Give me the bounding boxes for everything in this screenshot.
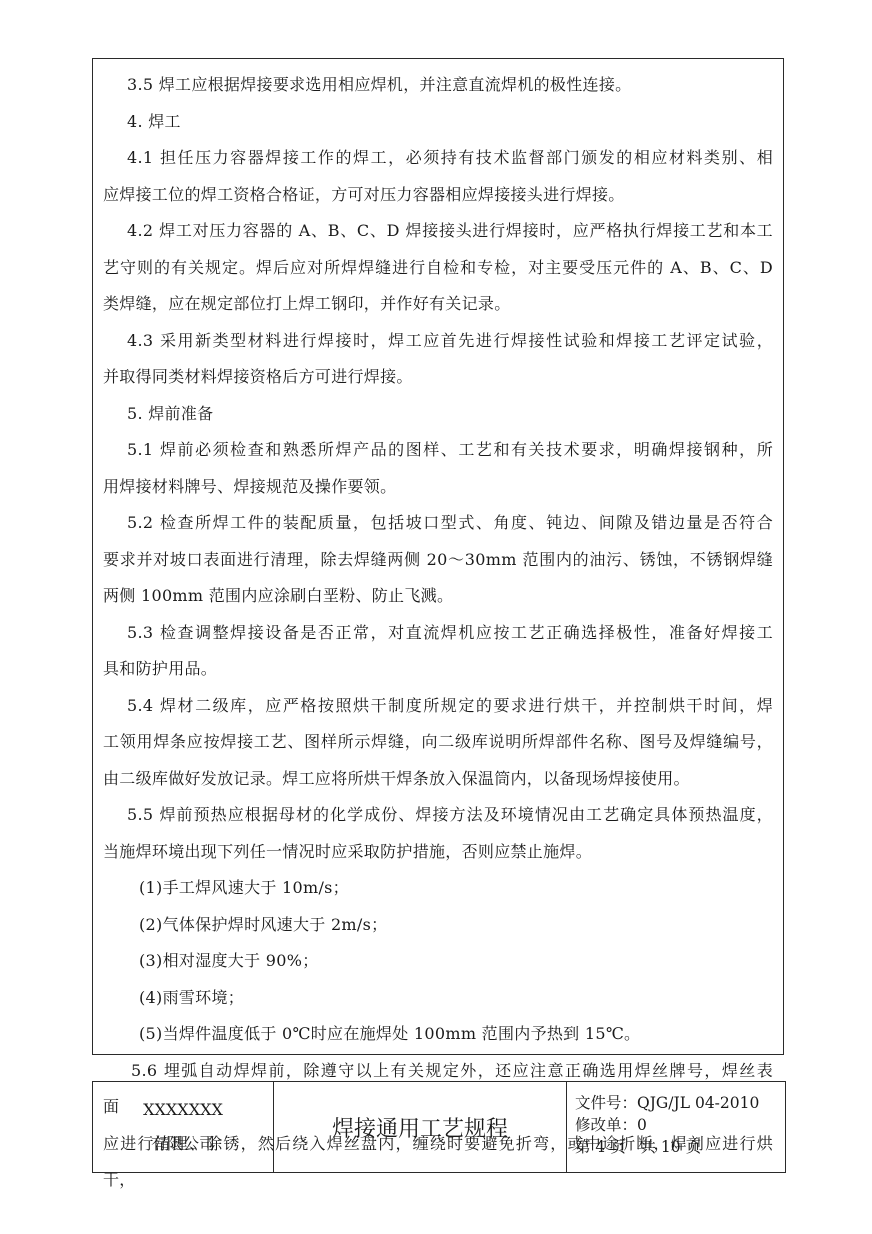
company-name-line1: XXXXXXX xyxy=(143,1100,223,1119)
company-name-line2: 有限公司 xyxy=(151,1131,215,1154)
body-text-line: (5)当焊件温度低于 0℃时应在施焊处 100mm 范围内予热到 15℃。 xyxy=(103,1016,773,1053)
body-text-line: 4.2 焊工对压力容器的 A、B、C、D 焊接接头进行焊接时，应严格执行焊接工艺… xyxy=(103,213,773,250)
document-title: 焊接通用工艺规程 xyxy=(332,1112,508,1143)
body-text-line: 并取得同类材料焊接资格后方可进行焊接。 xyxy=(103,359,773,396)
file-number: 文件号：QJG/JL 04-2010 xyxy=(575,1092,785,1114)
body-text-line: 5.1 焊前必须检查和熟悉所焊产品的图样、工艺和有关技术要求，明确焊接钢种，所 xyxy=(103,432,773,469)
body-text-line: 艺守则的有关规定。焊后应对所焊焊缝进行自检和专检，对主要受压元件的 A、B、C、… xyxy=(103,250,773,287)
body-text-line: 用焊接材料牌号、焊接规范及操作要领。 xyxy=(103,469,773,506)
footer-meta-cell: 文件号：QJG/JL 04-2010 修改单：0 第 4 页 共 10 页 xyxy=(567,1082,785,1172)
body-text-line: (1)手工焊风速大于 10m/s； xyxy=(103,870,773,907)
body-text-line: 5.2 检查所焊工件的装配质量，包括坡口型式、角度、钝边、间隙及错边量是否符合 xyxy=(103,505,773,542)
body-text-line: (3)相对湿度大于 90%； xyxy=(103,943,773,980)
body-text-line: 由二级库做好发放记录。焊工应将所烘干焊条放入保温筒内，以备现场焊接使用。 xyxy=(103,761,773,798)
body-text-line: 5. 焊前准备 xyxy=(103,396,773,433)
body-text-line: 4. 焊工 xyxy=(103,104,773,141)
body-text-line: 5.4 焊材二级库，应严格按照烘干制度所规定的要求进行烘干，并控制烘干时间，焊 xyxy=(103,688,773,725)
document-footer-table: XXXXXXX 有限公司 焊接通用工艺规程 文件号：QJG/JL 04-2010… xyxy=(92,1081,786,1173)
page-info: 第 4 页 共 10 页 xyxy=(575,1136,785,1158)
body-text-line: 要求并对坡口表面进行清理，除去焊缝两侧 20～30mm 范围内的油污、锈蚀，不锈… xyxy=(103,542,773,579)
document-body: 3.5 焊工应根据焊接要求选用相应焊机，并注意直流焊机的极性连接。4. 焊工4.… xyxy=(92,58,784,1055)
body-text-line: 工领用焊条应按焊接工艺、图样所示焊缝，向二级库说明所焊部件名称、图号及焊缝编号， xyxy=(103,724,773,761)
body-text-line: 应焊接工位的焊工资格合格证，方可对压力容器相应焊接接头进行焊接。 xyxy=(103,177,773,214)
body-text-line: 4.3 采用新类型材料进行焊接时，焊工应首先进行焊接性试验和焊接工艺评定试验， xyxy=(103,323,773,360)
body-text-line: 具和防护用品。 xyxy=(103,651,773,688)
footer-company-cell: XXXXXXX 有限公司 xyxy=(93,1082,274,1172)
body-text-line: (2)气体保护焊时风速大于 2m/s； xyxy=(103,907,773,944)
body-text-line: 当施焊环境出现下列任一情况时应采取防护措施，否则应禁止施焊。 xyxy=(103,834,773,871)
body-text-line: 3.5 焊工应根据焊接要求选用相应焊机，并注意直流焊机的极性连接。 xyxy=(103,67,773,104)
body-text-line: (4)雨雪环境； xyxy=(103,980,773,1017)
body-text-line: 两侧 100mm 范围内应涂刷白垩粉、防止飞溅。 xyxy=(103,578,773,615)
body-text-line: 4.1 担任压力容器焊接工作的焊工，必须持有技术监督部门颁发的相应材料类别、相 xyxy=(103,140,773,177)
body-text-line: 5.5 焊前预热应根据母材的化学成份、焊接方法及环境情况由工艺确定具体预热温度， xyxy=(103,797,773,834)
revision-number: 修改单：0 xyxy=(575,1114,785,1136)
body-text-line: 5.3 检查调整焊接设备是否正常，对直流焊机应按工艺正确选择极性，准备好焊接工 xyxy=(103,615,773,652)
body-text-line: 类焊缝，应在规定部位打上焊工钢印，并作好有关记录。 xyxy=(103,286,773,323)
footer-title-cell: 焊接通用工艺规程 xyxy=(274,1082,567,1172)
